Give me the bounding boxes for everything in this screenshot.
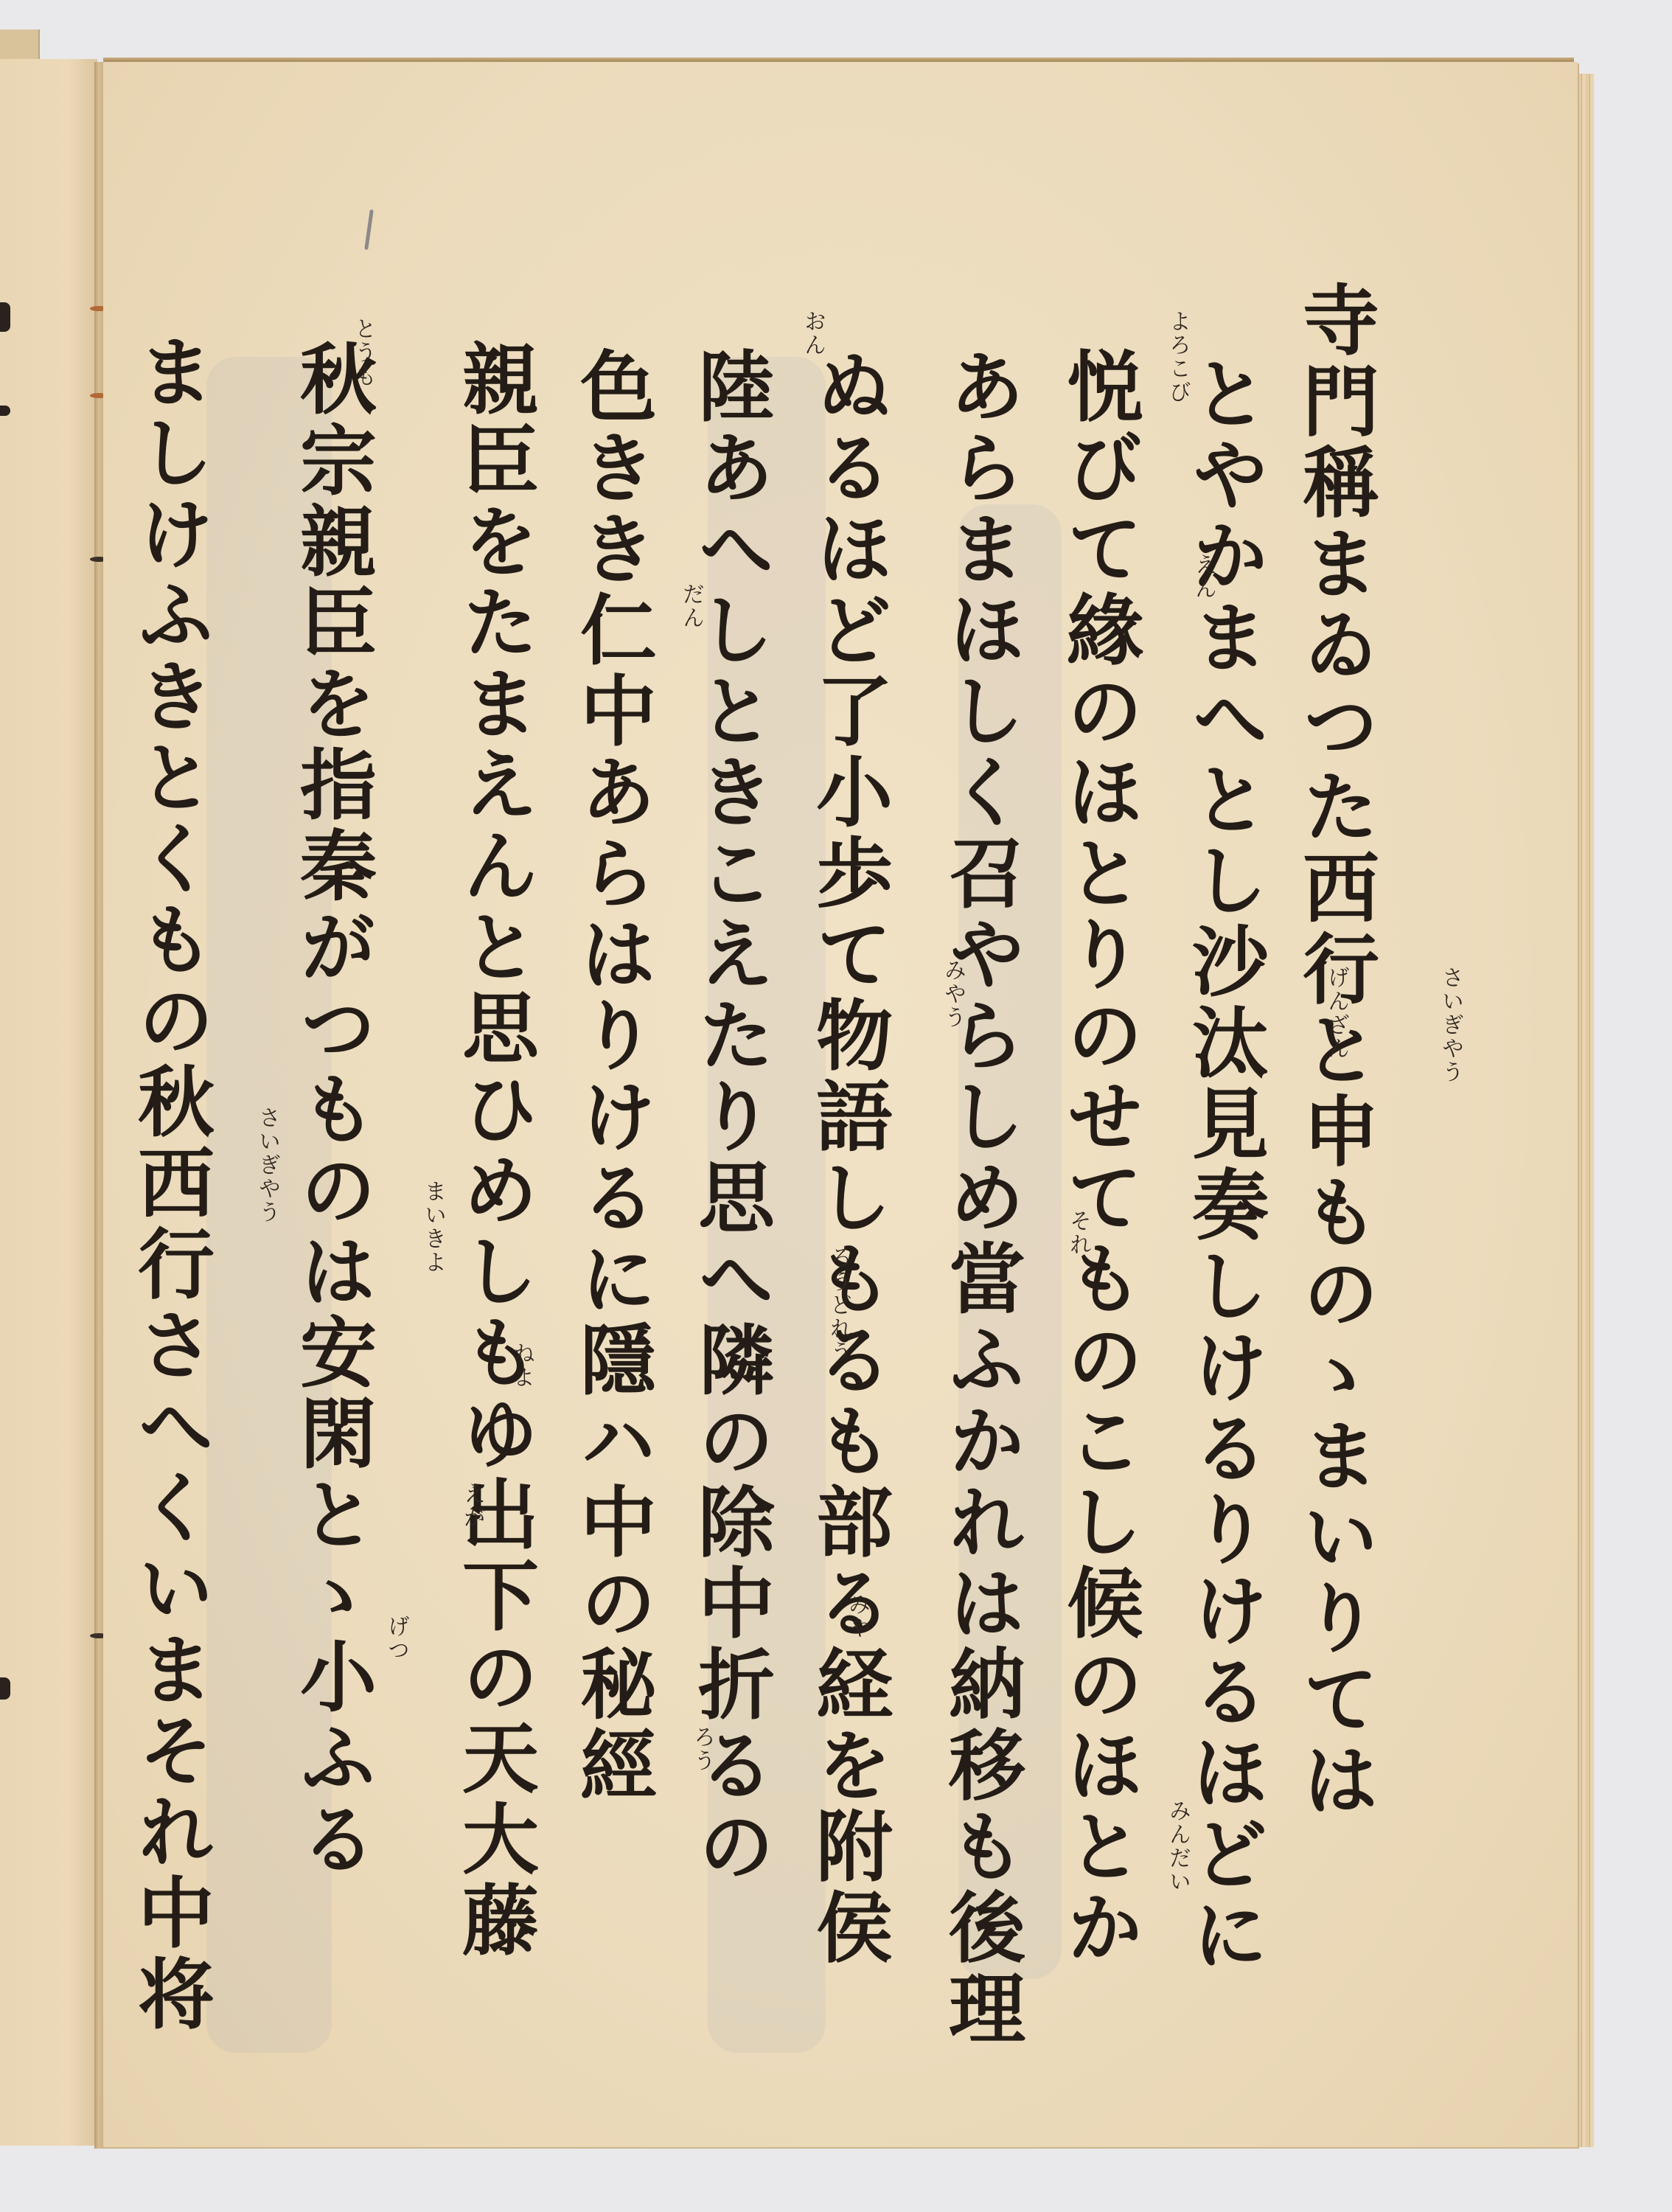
furigana-reading: さいぎやう bbox=[1434, 966, 1466, 1084]
furigana-reading: まいきよ bbox=[417, 1180, 449, 1274]
left-page-ink-mark bbox=[0, 1677, 10, 1700]
furigana-reading: それ bbox=[1062, 1209, 1094, 1256]
furigana-reading: みやう bbox=[936, 959, 969, 1029]
text-column: とやかまへとし沙汰見奏しけるりけるほどに bbox=[1168, 354, 1279, 1976]
furigana-reading: みんだい bbox=[1161, 1799, 1194, 1893]
furigana-reading: よろこび bbox=[1161, 310, 1194, 404]
left-cover-flap bbox=[0, 29, 40, 60]
text-column: ましけふきとくもの秋西行さへくいまそれ中将 bbox=[114, 332, 225, 2035]
left-page-ink-mark bbox=[0, 302, 10, 332]
furigana-reading: おん bbox=[796, 310, 829, 357]
page-fore-edges bbox=[1578, 74, 1594, 2147]
furigana-reading: みや bbox=[840, 1593, 873, 1640]
furigana-reading: だん bbox=[675, 582, 707, 630]
text-column: 悦びて緣のほとりのせてものこし候のほとか bbox=[1043, 347, 1154, 1969]
text-column: あらまほしく召やらしめ當ふかれは納移も後理 bbox=[925, 347, 1036, 2050]
furigana-reading: ろうどれう bbox=[822, 1246, 854, 1364]
furigana-reading: とうも bbox=[346, 317, 379, 388]
text-column: 陸あへしときこえたり思へ隣の除中折るの bbox=[675, 347, 785, 1888]
text-column: 秋宗親臣を指秦がつものは安閑とゝ小ふる bbox=[276, 339, 387, 1880]
text-column: 色きき仁中あらはりけるに隱ハ中の秘經 bbox=[557, 347, 667, 1806]
furigana-reading: えが bbox=[456, 1482, 488, 1529]
furigana-reading: げんざん bbox=[1320, 966, 1352, 1060]
left-page-fragment bbox=[0, 59, 97, 2146]
furigana-reading: えん bbox=[1187, 553, 1219, 600]
furigana-reading: ろう bbox=[686, 1725, 718, 1773]
pencil-mark bbox=[364, 209, 374, 250]
furigana-reading: ねよ bbox=[505, 1342, 537, 1389]
furigana-reading: さいぎやう bbox=[251, 1106, 283, 1224]
text-column: ぬるほど了小歩て物語しもるも部る経を附侯 bbox=[793, 347, 903, 1969]
furigana-reading: げつ bbox=[380, 1615, 412, 1662]
text-column: 親臣をたまえんと思ひめしもゆ出下の天大藤 bbox=[439, 339, 549, 1961]
left-page-ink-mark bbox=[0, 406, 10, 416]
